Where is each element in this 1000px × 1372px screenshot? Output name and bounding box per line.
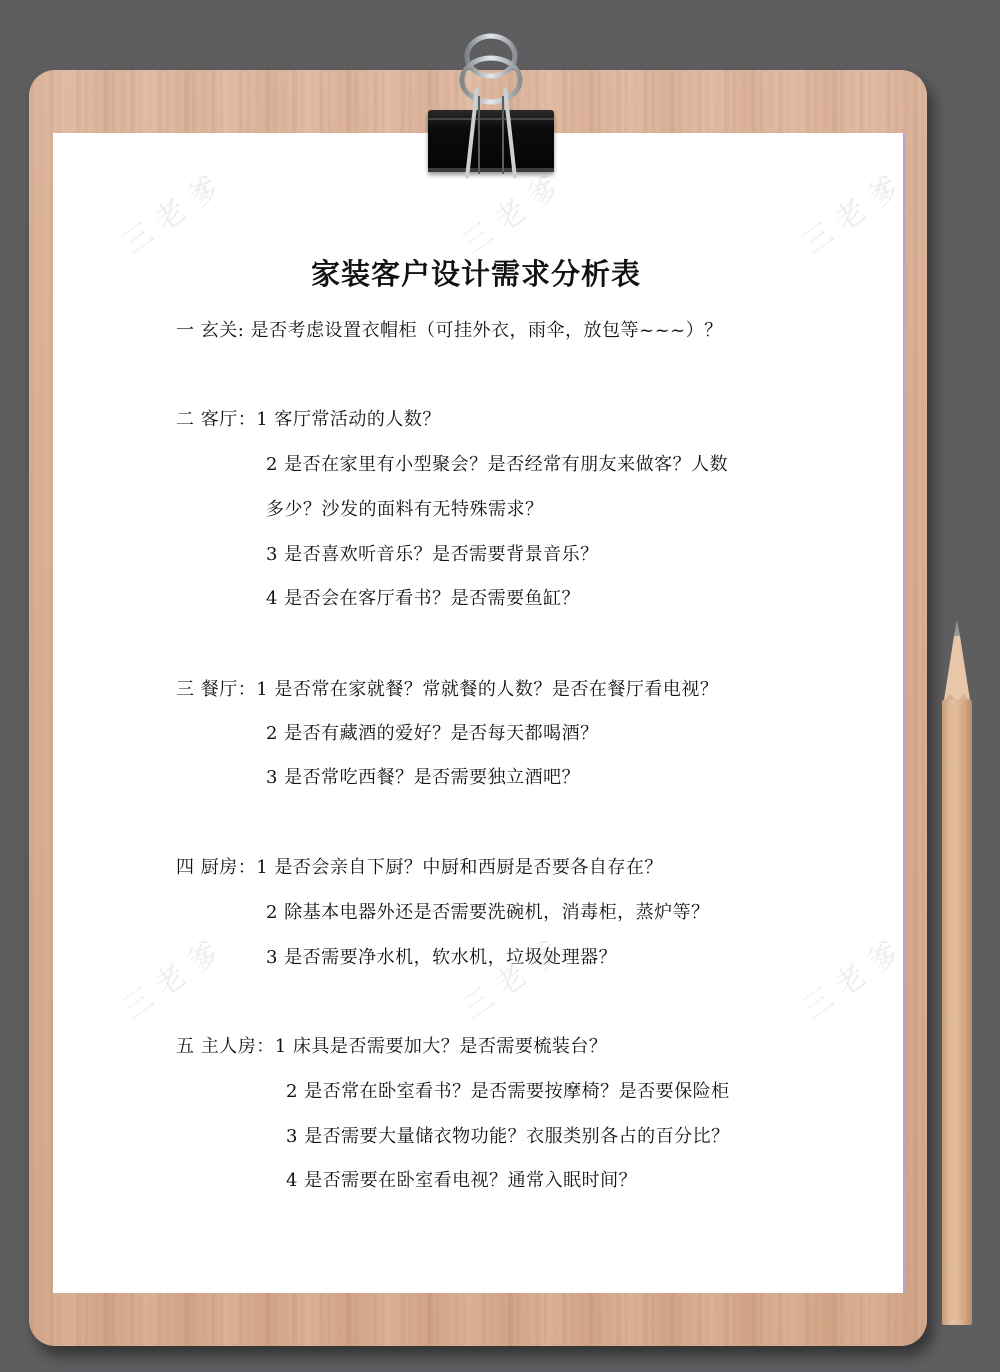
list-item: 3 是否需要大量储衣物功能？衣服类别各占的百分比？ xyxy=(286,1122,730,1148)
section-master-bedroom: 五 主人房：1 床具是否需要加大？是否需要梳装台？ xyxy=(176,1032,607,1058)
list-item: 多少？沙发的面料有无特殊需求？ xyxy=(266,495,544,521)
list-item: 4 是否会在客厅看书？是否需要鱼缸？ xyxy=(266,584,580,610)
list-item: 2 是否在家里有小型聚会？是否经常有朋友来做客？人数 xyxy=(266,450,728,476)
section-kitchen: 四 厨房：1 是否会亲自下厨？中厨和西厨是否要各自存在？ xyxy=(176,853,663,879)
section-dining-room: 三 餐厅：1 是否常在家就餐？常就餐的人数？是否在餐厅看电视？ xyxy=(176,675,718,701)
document-title: 家装客户设计需求分析表 xyxy=(0,252,952,293)
list-item: 2 是否有藏酒的爱好？是否每天都喝酒？ xyxy=(266,719,599,745)
list-item: 3 是否需要净水机，软水机，垃圾处理器？ xyxy=(266,943,617,969)
list-item: 2 是否常在卧室看书？是否需要按摩椅？是否要保险柜 xyxy=(286,1077,730,1103)
list-item: 4 是否需要在卧室看电视？通常入眠时间？ xyxy=(286,1166,637,1192)
list-item: 2 除基本电器外还是否需要洗碗机，消毒柜，蒸炉等？ xyxy=(266,898,710,924)
list-item: 3 是否喜欢听音乐？是否需要背景音乐？ xyxy=(266,540,599,566)
section-entrance: 一 玄关: 是否考虑设置衣帽柜（可挂外衣，雨伞，放包等~~~）？ xyxy=(176,316,723,342)
document-content: 家装客户设计需求分析表 一 玄关: 是否考虑设置衣帽柜（可挂外衣，雨伞，放包等~… xyxy=(0,0,1000,1372)
list-item: 3 是否常吃西餐？是否需要独立酒吧？ xyxy=(266,763,580,789)
section-living-room: 二 客厅：1 客厅常活动的人数？ xyxy=(176,405,441,431)
